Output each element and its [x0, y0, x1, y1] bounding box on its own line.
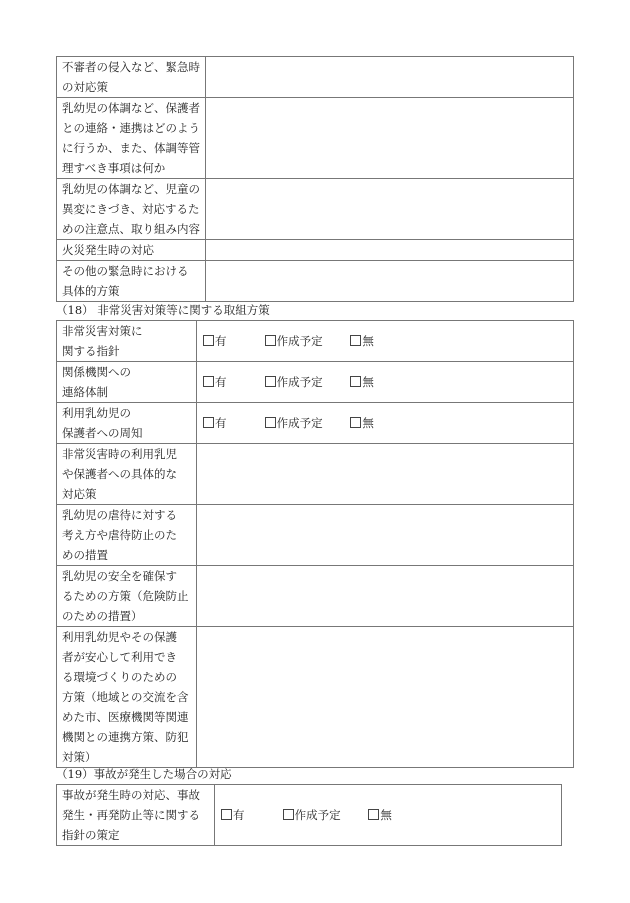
- checkbox-icon: [350, 417, 361, 428]
- checkbox-no[interactable]: 無: [350, 372, 374, 392]
- row-label: その他の緊急時における 具体的方策: [57, 261, 206, 302]
- checkbox-planned[interactable]: 作成予定: [265, 372, 347, 392]
- checkbox-planned[interactable]: 作成予定: [283, 805, 365, 825]
- row-label: 乳幼児の安全を確保す るための方策（危険防止 のための措置）: [57, 566, 197, 627]
- row-label: 非常災害時の利用乳児 や保護者への具体的な 対応策: [57, 444, 197, 505]
- checkbox-icon: [203, 417, 214, 428]
- row-label: 乳幼児の体調など、保護者 との連絡・連携はどのよう に行うか、また、体調等管 理…: [57, 98, 206, 179]
- row-label: 乳幼児の体調など、児童の 異変にきづき、対応するた めの注意点、取り組み内容: [57, 179, 206, 240]
- checkbox-icon: [368, 809, 379, 820]
- checkbox-no[interactable]: 無: [350, 331, 374, 351]
- checkbox-icon: [265, 417, 276, 428]
- row-label: 利用乳幼児の 保護者への周知: [57, 403, 197, 444]
- row-value-field[interactable]: [197, 627, 574, 768]
- checkbox-icon: [350, 335, 361, 346]
- table-row: 非常災害時の利用乳児 や保護者への具体的な 対応策: [57, 444, 574, 505]
- row-value-field[interactable]: [206, 240, 574, 261]
- row-value-field[interactable]: [206, 179, 574, 240]
- checkbox-no[interactable]: 無: [350, 413, 374, 433]
- section-18-heading: （18） 非常災害対策等に関する取組方策: [56, 302, 270, 318]
- accident-response-table: 事故が発生時の対応、事故 発生・再発防止等に関する 指針の策定 有 作成予定 無: [56, 784, 562, 846]
- checkbox-icon: [221, 809, 232, 820]
- section-19-heading: （19）事故が発生した場合の対応: [56, 766, 232, 782]
- options-cell: 有 作成予定 無: [215, 785, 562, 846]
- checkbox-yes[interactable]: 有: [203, 331, 261, 351]
- emergency-response-table: 不審者の侵入など、緊急時 の対応策 乳幼児の体調など、保護者 との連絡・連携はど…: [56, 56, 574, 302]
- table-row: 火災発生時の対応: [57, 240, 574, 261]
- table-row: 利用乳幼児の 保護者への周知 有 作成予定 無: [57, 403, 574, 444]
- row-value-field[interactable]: [197, 444, 574, 505]
- checkbox-icon: [203, 376, 214, 387]
- row-label: 火災発生時の対応: [57, 240, 206, 261]
- row-value-field[interactable]: [206, 98, 574, 179]
- checkbox-icon: [203, 335, 214, 346]
- disaster-measures-table: 非常災害対策に 関する指針 有 作成予定 無 関係機関への 連絡体制 有 作成予…: [56, 320, 574, 768]
- row-value-field[interactable]: [197, 505, 574, 566]
- checkbox-icon: [265, 376, 276, 387]
- checkbox-yes[interactable]: 有: [203, 413, 261, 433]
- table-row: 非常災害対策に 関する指針 有 作成予定 無: [57, 321, 574, 362]
- table-row: 乳幼児の虐待に対する 考え方や虐待防止のた めの措置: [57, 505, 574, 566]
- checkbox-icon: [265, 335, 276, 346]
- row-label: 事故が発生時の対応、事故 発生・再発防止等に関する 指針の策定: [57, 785, 215, 846]
- table-row: 乳幼児の体調など、児童の 異変にきづき、対応するた めの注意点、取り組み内容: [57, 179, 574, 240]
- checkbox-no[interactable]: 無: [368, 805, 392, 825]
- row-label: 不審者の侵入など、緊急時 の対応策: [57, 57, 206, 98]
- checkbox-icon: [283, 809, 294, 820]
- checkbox-yes[interactable]: 有: [221, 805, 279, 825]
- table-row: その他の緊急時における 具体的方策: [57, 261, 574, 302]
- table-row: 関係機関への 連絡体制 有 作成予定 無: [57, 362, 574, 403]
- row-label: 利用乳幼児やその保護 者が安心して利用でき る環境づくりのための 方策（地域との…: [57, 627, 197, 768]
- options-cell: 有 作成予定 無: [197, 403, 574, 444]
- checkbox-icon: [350, 376, 361, 387]
- options-cell: 有 作成予定 無: [197, 321, 574, 362]
- row-value-field[interactable]: [206, 261, 574, 302]
- table-row: 不審者の侵入など、緊急時 の対応策: [57, 57, 574, 98]
- options-cell: 有 作成予定 無: [197, 362, 574, 403]
- table-row: 事故が発生時の対応、事故 発生・再発防止等に関する 指針の策定 有 作成予定 無: [57, 785, 562, 846]
- table-row: 乳幼児の体調など、保護者 との連絡・連携はどのよう に行うか、また、体調等管 理…: [57, 98, 574, 179]
- row-value-field[interactable]: [206, 57, 574, 98]
- table-row: 乳幼児の安全を確保す るための方策（危険防止 のための措置）: [57, 566, 574, 627]
- checkbox-yes[interactable]: 有: [203, 372, 261, 392]
- checkbox-planned[interactable]: 作成予定: [265, 331, 347, 351]
- row-label: 関係機関への 連絡体制: [57, 362, 197, 403]
- table-row: 利用乳幼児やその保護 者が安心して利用でき る環境づくりのための 方策（地域との…: [57, 627, 574, 768]
- checkbox-planned[interactable]: 作成予定: [265, 413, 347, 433]
- row-label: 非常災害対策に 関する指針: [57, 321, 197, 362]
- row-value-field[interactable]: [197, 566, 574, 627]
- row-label: 乳幼児の虐待に対する 考え方や虐待防止のた めの措置: [57, 505, 197, 566]
